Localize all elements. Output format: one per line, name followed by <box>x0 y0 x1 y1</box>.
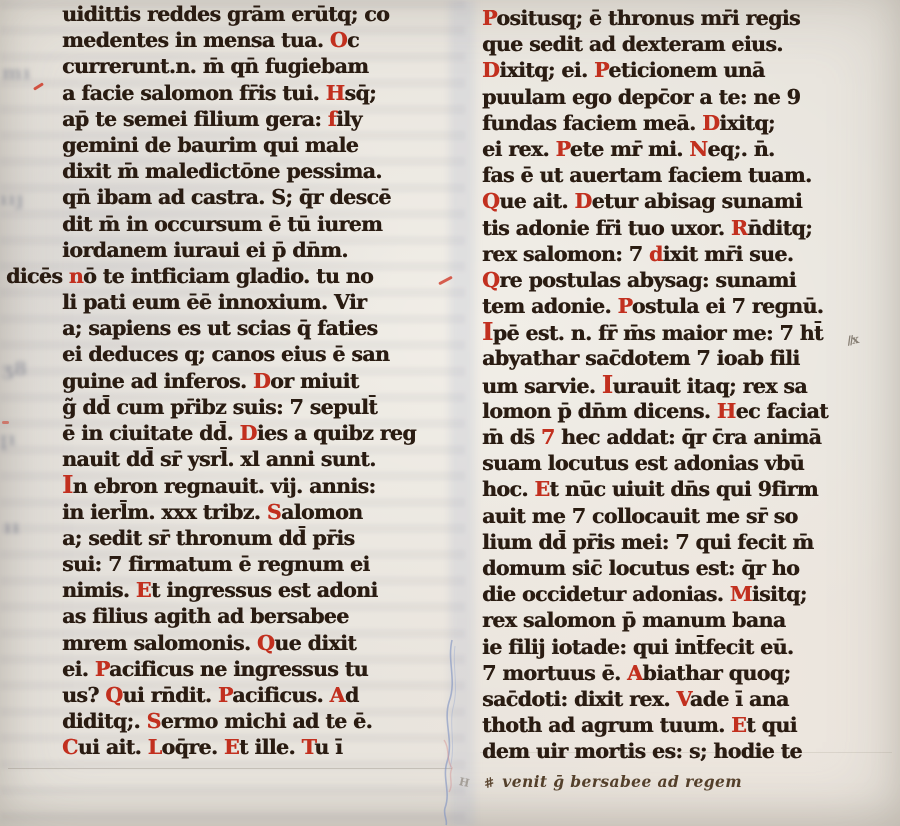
ink-text: acificus. <box>232 683 329 707</box>
rubricated-letter: A <box>330 683 345 707</box>
ink-text: dixit m̄ maledictōne pessima. <box>62 159 382 183</box>
ink-text: ade ī ana <box>690 687 789 711</box>
text-line: iordanem iuraui ei p̄ dn̄m. <box>62 237 464 263</box>
ink-text: ies a quibz reg <box>257 421 416 445</box>
rubricated-letter: A <box>627 661 642 685</box>
text-line: currerunt.n. m̄ qn̄ fugiebam <box>62 53 464 79</box>
ink-text: as filius agith ad bersabee <box>62 604 349 628</box>
ink-text: nimis. <box>62 578 136 602</box>
text-line: Positusq; ē thronus mr̄i regis <box>482 5 886 31</box>
ink-text: ermo michi ad te ē. <box>161 709 372 733</box>
ink-text: ie filij iotade: qui int̄fecit eū. <box>482 635 793 659</box>
ink-text: ily <box>336 107 362 131</box>
ink-text: us? <box>62 683 105 707</box>
ink-text: qn̄ ibam ad castra. S; q̄r descē <box>62 185 391 209</box>
rubricated-letter: Q <box>482 268 499 292</box>
rubricated-letter: Q <box>482 189 499 213</box>
ink-text: suam locutus est adonias vbū <box>482 451 804 475</box>
ink-text: pē est. n. fr̄ m̄s maior me: 7 ht̄ <box>493 321 823 345</box>
text-line: uidittis reddes grām erūtq; co <box>62 1 464 27</box>
ink-text: dicēs <box>6 264 69 288</box>
rubricated-letter: I <box>602 370 613 399</box>
text-line: m̄ ds̄ 7 hec addat: q̄r c̄ra animā <box>482 424 886 450</box>
text-line: mrem salomonis. Que dixit <box>62 630 464 656</box>
text-line: as filius agith ad bersabee <box>62 603 464 629</box>
text-line: dixit m̄ maledictōne pessima. <box>62 158 464 184</box>
text-line: diditq;. Sermo michi ad te ē. <box>62 708 464 734</box>
text-line: auit me 7 collocauit me sr̄ so <box>482 503 886 529</box>
rubricated-letter: P <box>218 683 232 707</box>
ink-text: ue dixit <box>274 631 356 655</box>
ink-text: gemini de baurim qui male <box>62 133 358 157</box>
text-line: lomon p̄ dn̄m dicens. Hec faciat <box>482 398 886 424</box>
text-line: Que ait. Detur abisag sunami <box>482 188 886 214</box>
rubricated-letter: P <box>594 58 608 82</box>
text-line: Ipē est. n. fr̄ m̄s maior me: 7 ht̄ <box>482 319 886 345</box>
text-line: ei rex. Pete mr̄ mi. Neq;. n̄. <box>482 136 886 162</box>
ink-text: ositusq; ē thronus mr̄i regis <box>496 6 800 30</box>
ink-text: ē in ciuitate dd̄. <box>62 421 240 445</box>
rubricated-letter: T <box>301 735 314 759</box>
ink-text: ei deduces q; canos eius ē san <box>62 342 389 366</box>
text-line: guine ad inferos. Dor miuit <box>62 368 464 394</box>
right-text-column: Positusq; ē thronus mr̄i regisque sedit … <box>482 5 886 764</box>
ink-text: a; sapiens es ut scias q̄ faties <box>62 316 377 340</box>
ink-text: d <box>345 683 359 707</box>
ink-text: tis adonie fr̄i tuo uxor. <box>482 216 731 240</box>
gutter-mark: H <box>458 775 471 790</box>
ink-text: ixit mr̄i sue. <box>663 242 794 266</box>
rubricated-letter: P <box>482 6 496 30</box>
text-line: um sarvie. Iurauit itaq; rex sa <box>482 372 886 398</box>
ink-text: die occidetur adonias. <box>482 582 730 606</box>
rubricated-letter: E <box>534 477 549 501</box>
rubricated-letter: Q <box>105 683 122 707</box>
catchword-text: venit ḡ bersabee ad regem <box>502 772 742 791</box>
ink-text: iordanem iuraui ei p̄ dn̄m. <box>62 238 348 262</box>
text-line: medentes in mensa tua. Oc <box>62 27 464 53</box>
rubricated-letter: O <box>330 28 347 52</box>
text-line: Dixitq; ei. Peticionem unā <box>482 57 886 83</box>
text-line: tis adonie fr̄i tuo uxor. Rn̄ditq; <box>482 215 886 241</box>
ink-text: lomon p̄ dn̄m dicens. <box>482 399 717 423</box>
ink-text: n ebron regnauit. vij. annis: <box>73 474 376 498</box>
text-line: que sedit ad dexteram eius. <box>482 31 886 57</box>
ink-text: ō te intficiam gladio. tu no <box>83 264 373 288</box>
ink-text: ei. <box>62 657 95 681</box>
ink-text: li pati eum ēē innoxium. Vir <box>62 290 366 314</box>
text-line: nauit dd̄ sr̄ ysrl̄. xl anni sunt. <box>62 446 464 472</box>
ink-text: 7 mortuus ē. <box>482 661 627 685</box>
text-line: li pati eum ēē innoxium. Vir <box>62 289 464 315</box>
ink-text: alomon <box>281 500 362 524</box>
rubricated-letter: H <box>326 81 345 105</box>
margin-correction-mark: //x <box>846 332 858 348</box>
red-ink-speck <box>33 82 44 90</box>
ruling-line-left <box>8 768 452 769</box>
catchword-note: #venit ḡ bersabee ad regem <box>484 772 742 791</box>
ink-text: g̃ dd̄ cum pr̄ibz suis: 7 sepult̄ <box>62 395 377 419</box>
text-line: rex salomon p̄ manum bana <box>482 607 886 633</box>
text-line: fas ē ut auertam faciem tuam. <box>482 162 886 188</box>
ink-text: domum sic̄ locutus est: q̄r ho <box>482 556 799 580</box>
text-line: domum sic̄ locutus est: q̄r ho <box>482 555 886 581</box>
ink-text: ue ait. <box>499 189 574 213</box>
ink-text: t ille. <box>239 735 302 759</box>
text-line: tem adonie. Postula ei 7 regnū. <box>482 293 886 319</box>
rubricated-letter: H <box>717 399 736 423</box>
ink-text: ei rex. <box>482 137 556 161</box>
rubricated-letter: E <box>731 713 746 737</box>
text-line: Cui ait. Loq̄re. Et ille. Tu ī <box>62 734 464 760</box>
text-line: gemini de baurim qui male <box>62 132 464 158</box>
ink-text: diditq;. <box>62 709 147 733</box>
rubricated-letter: P <box>617 294 631 318</box>
rubricated-letter: Q <box>257 631 274 655</box>
ink-text: urauit itaq; rex sa <box>612 374 807 398</box>
ink-text: que sedit ad dexteram eius. <box>482 32 783 56</box>
ink-text: ui rn̄dit. <box>122 683 217 707</box>
ink-text: isitq; <box>752 582 807 606</box>
rubricated-letter: E <box>136 578 151 602</box>
ink-text: ixitq; <box>719 111 775 135</box>
ink-text: um sarvie. <box>482 374 602 398</box>
ink-text: ui ait. <box>78 735 148 759</box>
rubricated-letter: N <box>689 137 707 161</box>
ink-text: puulam ego depc̄or a te: ne 9 <box>482 85 800 109</box>
rubricated-letter: L <box>148 735 162 759</box>
ink-text: hoc. <box>482 477 534 501</box>
text-line: fundas faciem meā. Dixitq; <box>482 110 886 136</box>
ink-text: re postulas abysag: sunami <box>499 268 796 292</box>
rubricated-letter: D <box>240 421 257 445</box>
ink-text: lium dd̄ pr̄is mei: 7 qui fecit m̄ <box>482 530 813 554</box>
ink-text: or miuit <box>270 369 358 393</box>
text-line: ei. Pacificus ne ingressus tu <box>62 656 464 682</box>
rubricated-letter: I <box>482 317 493 346</box>
text-line: ie filij iotade: qui int̄fecit eū. <box>482 634 886 660</box>
ink-text: guine ad inferos. <box>62 369 253 393</box>
ink-text: rex salomon p̄ manum bana <box>482 608 785 632</box>
ink-text: nauit dd̄ sr̄ ysrl̄. xl anni sunt. <box>62 447 376 471</box>
text-line: a; sedit sr̄ thronum dd̄ pr̄is <box>62 525 464 551</box>
ink-text: abyathar sac̄dotem 7 ioab fili <box>482 346 799 370</box>
ink-text: ixitq; ei. <box>499 58 594 82</box>
ink-text: rex salomon: 7 <box>482 242 649 266</box>
ink-text: acificus ne ingressus tu <box>109 657 368 681</box>
text-line: nimis. Et ingressus est adoni <box>62 577 464 603</box>
ink-text: medentes in mensa tua. <box>62 28 330 52</box>
text-line: g̃ dd̄ cum pr̄ibz suis: 7 sepult̄ <box>62 394 464 420</box>
ink-text: a facie salomon fr̄is tui. <box>62 81 326 105</box>
text-line: ei deduces q; canos eius ē san <box>62 341 464 367</box>
red-ink-speck <box>2 421 9 424</box>
ink-text: etur abisag sunami <box>592 189 802 213</box>
text-line: rex salomon: 7 dixit mr̄i sue. <box>482 241 886 267</box>
ink-text: ostula ei 7 regnū. <box>632 294 824 318</box>
text-line: thoth ad agrum tuum. Et qui <box>482 712 886 738</box>
rubricated-letter: I <box>62 470 73 499</box>
ink-text: fundas faciem meā. <box>482 111 702 135</box>
ink-text: sq̄; <box>344 81 376 105</box>
rubricated-letter: D <box>574 189 591 213</box>
rubricated-letter: D <box>253 369 270 393</box>
text-line: a facie salomon fr̄is tui. Hsq̄; <box>62 80 464 106</box>
text-line: dicēs nō te intficiam gladio. tu no <box>6 263 464 289</box>
text-line: suam locutus est adonias vbū <box>482 450 886 476</box>
rubricated-letter: D <box>482 58 499 82</box>
show-through-ghost: ʒ8 <box>2 358 28 380</box>
ink-text: c <box>347 28 359 52</box>
ink-text: eticionem unā <box>608 58 764 82</box>
ink-text: dit m̄ in occursum ē tū iurem <box>62 212 382 236</box>
text-line: dit m̄ in occursum ē tū iurem <box>62 211 464 237</box>
text-line: In ebron regnauit. vij. annis: <box>62 472 464 498</box>
show-through-ghost: ııȷ <box>0 188 24 210</box>
rubricated-letter: 7 <box>541 425 555 449</box>
ink-text: eq;. n̄. <box>707 137 774 161</box>
ink-text: sac̄doti: dixit rex. <box>482 687 676 711</box>
ink-text: hec addat: q̄r c̄ra animā <box>555 425 822 449</box>
rubricated-letter: R <box>731 216 747 240</box>
ink-text: ete mr̄ mi. <box>570 137 689 161</box>
ink-text: oq̄re. <box>161 735 224 759</box>
ink-text: currerunt.n. m̄ qn̄ fugiebam <box>62 54 368 78</box>
ink-text: biathar quoq; <box>642 661 790 685</box>
text-line: hoc. Et nūc uiuit dn̄s qui 9firm <box>482 476 886 502</box>
ink-text: a; sedit sr̄ thronum dd̄ pr̄is <box>62 526 354 550</box>
show-through-ghost: mı <box>2 62 31 84</box>
rubricated-letter: d <box>649 242 663 266</box>
rubricated-letter: S <box>147 709 161 733</box>
text-line: dem uir mortis es: s; hodie te <box>482 738 886 764</box>
text-line: Qre postulas abysag: sunami <box>482 267 886 293</box>
text-line: puulam ego depc̄or a te: ne 9 <box>482 84 886 110</box>
text-line: ē in ciuitate dd̄. Dies a quibz reg <box>62 420 464 446</box>
ink-text: u ī <box>314 735 342 759</box>
text-line: abyathar sac̄dotem 7 ioab fili <box>482 345 886 371</box>
ink-text: t ingressus est adoni <box>151 578 378 602</box>
text-line: in ierl̄m. xxx tribz. Salomon <box>62 499 464 525</box>
rubricated-letter: P <box>95 657 109 681</box>
ink-text: sui: 7 firmatum ē regnum ei <box>62 552 370 576</box>
ink-text: ec faciat <box>736 399 828 423</box>
left-text-column: uidittis reddes grām erūtq; comedentes i… <box>62 1 464 760</box>
text-line: sac̄doti: dixit rex. Vade ī ana <box>482 686 886 712</box>
ink-text: fas ē ut auertam faciem tuam. <box>482 163 811 187</box>
ink-text: in ierl̄m. xxx tribz. <box>62 500 267 524</box>
ink-text: ap̄ te semei filium gera: <box>62 107 328 131</box>
text-line: lium dd̄ pr̄is mei: 7 qui fecit m̄ <box>482 529 886 555</box>
show-through-ghost: ıı <box>4 516 20 538</box>
rubricated-letter: C <box>62 735 78 759</box>
rubricated-letter: M <box>730 582 752 606</box>
rubricated-letter: V <box>676 687 689 711</box>
ink-text: dem uir mortis es: s; hodie te <box>482 739 802 763</box>
ink-text: mrem salomonis. <box>62 631 257 655</box>
text-line: die occidetur adonias. Misitq; <box>482 581 886 607</box>
text-line: 7 mortuus ē. Abiathar quoq; <box>482 660 886 686</box>
rubricated-letter: n <box>69 264 83 288</box>
text-line: us? Qui rn̄dit. Pacificus. Ad <box>62 682 464 708</box>
ink-text: uidittis reddes grām erūtq; co <box>62 2 389 26</box>
show-through-ghost: ꞁı <box>0 428 16 450</box>
rubricated-letter: f <box>328 107 336 131</box>
manuscript-page: mı ııȷ ʒ8 ꞁı ıı uidittis reddes grām erū… <box>0 0 900 826</box>
ink-text: tem adonie. <box>482 294 617 318</box>
text-line: ap̄ te semei filium gera: fily <box>62 106 464 132</box>
text-line: sui: 7 firmatum ē regnum ei <box>62 551 464 577</box>
text-line: a; sapiens es ut scias q̄ faties <box>62 315 464 341</box>
text-line: qn̄ ibam ad castra. S; q̄r descē <box>62 184 464 210</box>
rubricated-letter: E <box>224 735 239 759</box>
scribal-mark: # <box>482 775 497 793</box>
ink-text: m̄ ds̄ <box>482 425 541 449</box>
rubricated-letter: P <box>556 137 570 161</box>
rubricated-letter: S <box>267 500 281 524</box>
ink-text: t nūc uiuit dn̄s qui 9firm <box>549 477 817 501</box>
ink-text: n̄ditq; <box>747 216 812 240</box>
ink-text: t qui <box>746 713 797 737</box>
ink-text: auit me 7 collocauit me sr̄ so <box>482 504 798 528</box>
ink-text: thoth ad agrum tuum. <box>482 713 731 737</box>
rubricated-letter: D <box>702 111 719 135</box>
